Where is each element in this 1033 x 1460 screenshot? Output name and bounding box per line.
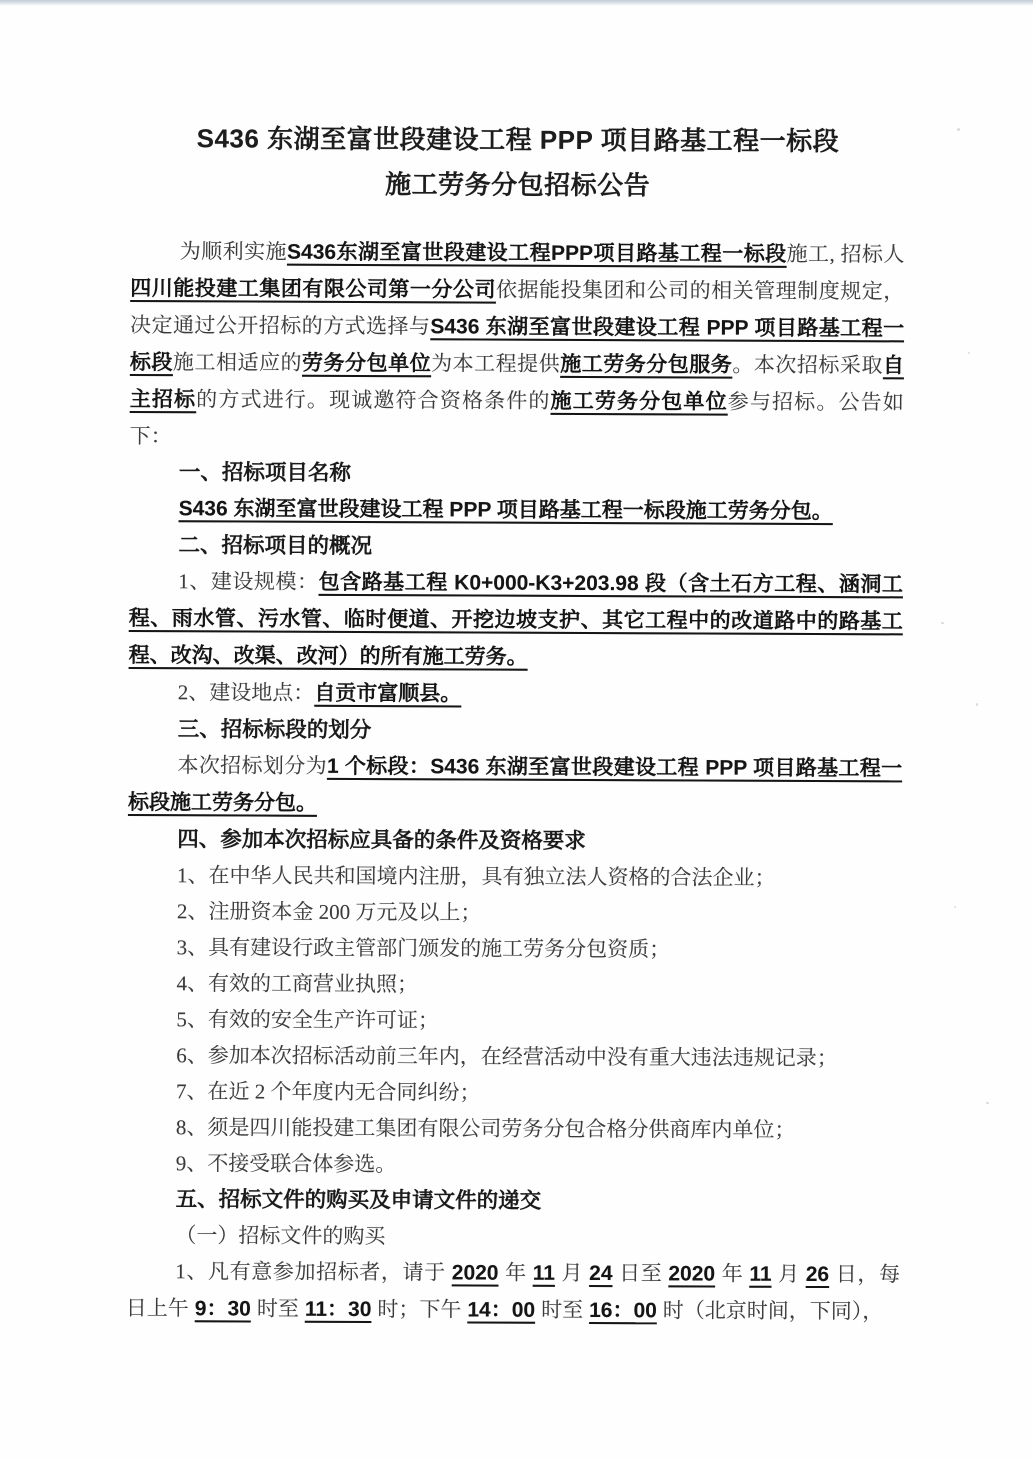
requirement-item-6: 6、参加本次招标活动前三年内，在经营活动中没有重大违法违规记录；	[127, 1037, 901, 1076]
construction-site-label: 2、建设地点：	[178, 680, 315, 705]
construction-scale-paragraph: 1、建设规模：包含路基工程 K0+000-K3+203.98 段（含土石方工程、…	[129, 563, 903, 677]
purchase-run: 年	[504, 1261, 526, 1285]
purchase-year-1: 2020	[446, 1261, 505, 1284]
labor-subcontractor-emphasis: 劳务分包单位	[302, 352, 431, 376]
labor-subcontractor-emphasis: 施工劳务分包单位	[551, 390, 728, 414]
purchase-month-1: 11	[527, 1262, 561, 1285]
purchase-run: 时至	[541, 1298, 583, 1322]
section1-body: S436 东湖至富世段建设工程 PPP 项目路基工程一标段施工劳务分包。	[129, 490, 903, 530]
requirement-item-4: 4、有效的工商营业执照；	[127, 965, 901, 1004]
section4-heading: 四、参加本次招标应具备的条件及资格要求	[128, 821, 902, 860]
construction-scale-label: 1、建设规模：	[178, 569, 318, 594]
scan-noise	[976, 703, 978, 706]
scanned-document-page: S436 东湖至富世段建设工程 PPP 项目路基工程一标段施工劳务分包招标公告 …	[0, 0, 1033, 1460]
purchase-time-2: 11：30	[299, 1298, 378, 1321]
purchase-time-3: 14：00	[461, 1298, 541, 1321]
section3-heading: 三、招标标段的划分	[128, 711, 902, 750]
purchase-run: 时至	[257, 1297, 299, 1321]
purchase-year-2: 2020	[662, 1262, 721, 1285]
purchase-run: 1、凡有意参加招标者，请于	[175, 1259, 446, 1284]
requirement-item-8: 8、须是四川能投建工集团有限公司劳务分包合格分供商库内单位；	[127, 1109, 901, 1148]
tenderer-name-emphasis: 四川能投建工集团有限公司第一分公司	[130, 277, 496, 302]
requirement-item-9: 9、不接受联合体参选。	[126, 1145, 900, 1184]
title-line-1: S436 东湖至富世段建设工程 PPP 项目路基工程一标段	[131, 116, 905, 164]
scan-noise	[968, 352, 970, 354]
section5-sub1: （一）招标文件的购买	[126, 1217, 900, 1256]
intro-run: 施工, 招标人	[787, 242, 905, 267]
section2-heading: 二、招标项目的概况	[129, 527, 903, 566]
section-division-paragraph: 本次招标划分为1 个标段：S436 东湖至富世段建设工程 PPP 项目路基工程一…	[128, 747, 902, 824]
requirement-item-5: 5、有效的安全生产许可证；	[127, 1001, 901, 1040]
intro-paragraph: 为顺利实施S436东湖至富世段建设工程PPP项目路基工程一标段施工, 招标人四川…	[130, 233, 905, 457]
purchase-run: 时（北京时间，下同），	[663, 1298, 884, 1323]
purchase-run: 年	[721, 1262, 743, 1286]
scan-noise	[986, 1102, 989, 1104]
construction-site-paragraph: 2、建设地点：自贡市富顺县。	[128, 674, 902, 714]
scan-noise	[954, 906, 956, 908]
requirement-item-7: 7、在近 2 个年度内无合同纠纷；	[127, 1073, 901, 1112]
scan-noise	[957, 128, 960, 131]
purchase-run: 月	[561, 1261, 583, 1285]
document-title: S436 东湖至富世段建设工程 PPP 项目路基工程一标段施工劳务分包招标公告	[131, 116, 905, 209]
project-full-name-emphasis: S436 东湖至富世段建设工程 PPP 项目路基工程一标段施工劳务分包。	[179, 497, 833, 523]
purchase-run: 日至	[618, 1261, 662, 1285]
purchase-schedule-paragraph: 1、凡有意参加招标者，请于2020年11月24日至2020年11月26日，每日上…	[126, 1253, 900, 1330]
intro-run: 施工相适应的	[173, 350, 302, 375]
scan-edge-artifact	[0, 0, 1033, 6]
section-division-lead: 本次招标划分为	[177, 753, 327, 778]
document-content: S436 东湖至富世段建设工程 PPP 项目路基工程一标段施工劳务分包招标公告 …	[126, 116, 905, 1330]
section1-heading: 一、招标项目名称	[129, 454, 903, 493]
purchase-run: 月	[777, 1262, 799, 1286]
purchase-month-2: 11	[743, 1263, 777, 1286]
purchase-run: 时；下午	[377, 1297, 461, 1321]
intro-run: 。本次招标采取	[732, 353, 883, 378]
intro-run: 为顺利实施	[180, 239, 287, 263]
purchase-time-1: 9：30	[189, 1297, 257, 1320]
purchase-day-1: 24	[583, 1262, 618, 1285]
requirement-item-2: 2、注册资本金 200 万元及以上；	[127, 893, 901, 932]
construction-site-emphasis: 自贡市富顺县。	[314, 682, 461, 706]
purchase-time-4: 16：00	[583, 1299, 663, 1322]
intro-run: 的方式进行。现诚邀符合资格条件的	[196, 387, 550, 413]
purchase-day-2: 26	[800, 1263, 835, 1286]
title-line-2: 施工劳务分包招标公告	[131, 161, 905, 209]
section5-heading: 五、招标文件的购买及申请文件的递交	[126, 1181, 900, 1220]
requirement-item-3: 3、具有建设行政主管部门颁发的施工劳务分包资质；	[127, 929, 901, 968]
requirement-item-1: 1、在中华人民共和国境内注册，具有独立法人资格的合法企业；	[128, 857, 902, 896]
intro-run: 为本工程提供	[431, 351, 560, 376]
service-name-emphasis: 施工劳务分包服务	[560, 353, 732, 377]
scan-noise	[941, 622, 944, 624]
project-name-emphasis: S436东湖至富世段建设工程PPP项目路基工程一标段	[287, 241, 787, 266]
